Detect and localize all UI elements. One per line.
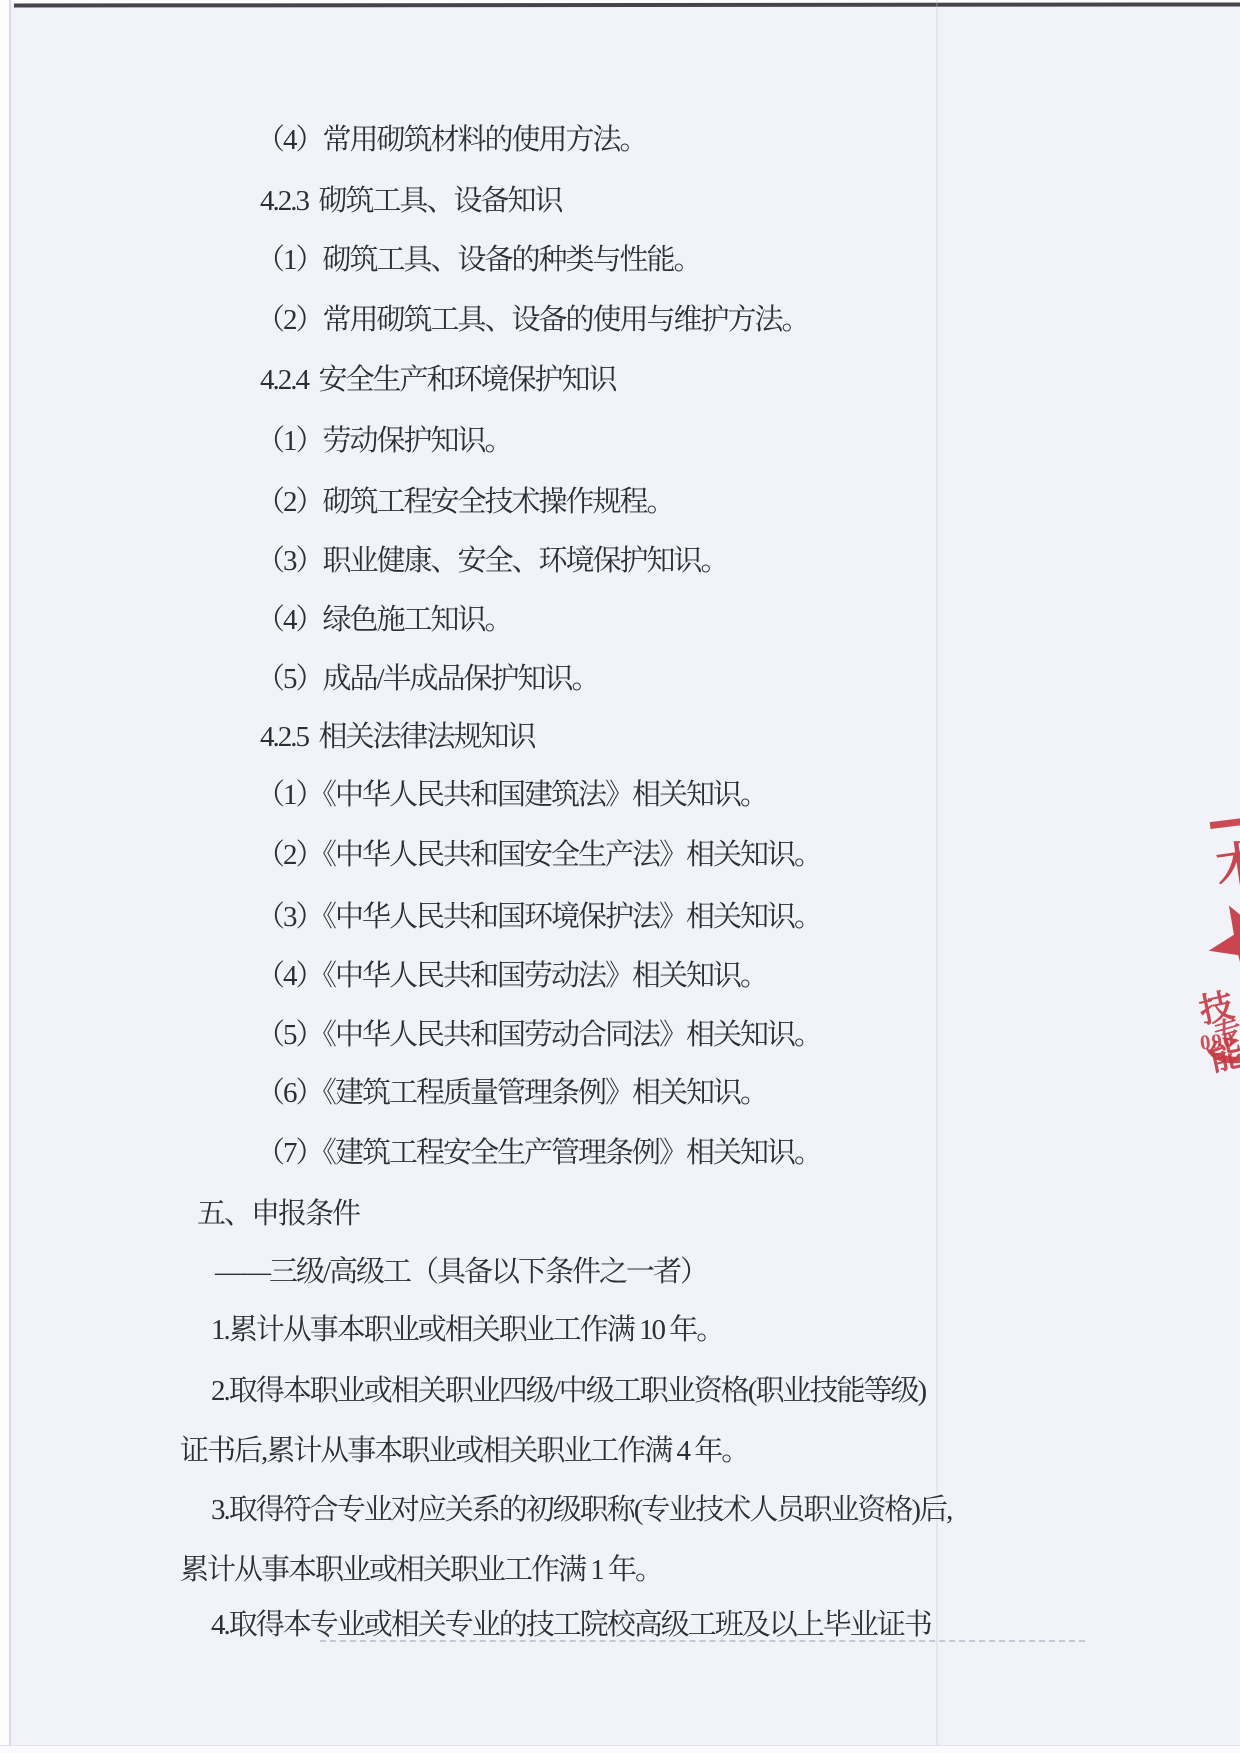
scan-edge-dark-line (14, 2, 1240, 7)
doc-line: （1）《中华人民共和国建筑法》相关知识。 (256, 780, 767, 811)
doc-line: （6）《建筑工程质量管理条例》相关知识。 (256, 1078, 767, 1109)
stamp-star-icon (1198, 890, 1240, 994)
doc-heading: 4.2.5 相关法律法规知识 (260, 722, 535, 753)
stamp-skill-label: 技能 (1194, 977, 1240, 1080)
scanned-document-page: （4）常用砌筑材料的使用方法。 4.2.3 砌筑工具、设备知识 （1）砌筑工具、… (0, 0, 1240, 1753)
stamp-arc-top (1210, 818, 1240, 829)
doc-line: 2.取得本职业或相关职业四级/中级工职业资格(职业技能等级) (211, 1376, 925, 1407)
stamp-small-char: 专 (1209, 1007, 1240, 1052)
doc-heading: 4.2.4 安全生产和环境保护知识 (260, 365, 616, 396)
doc-line: （5）《中华人民共和国劳动合同法》相关知识。 (256, 1020, 821, 1051)
stamp-arc-bottom (1204, 1032, 1240, 1067)
doc-line: 4.取得本专业或相关专业的技工院校高级工班及以上毕业证书 (211, 1610, 931, 1641)
doc-heading: 4.2.3 砌筑工具、设备知识 (260, 186, 562, 217)
paper-fold-line (936, 0, 938, 1753)
stamp-digits: 090 (1199, 1027, 1236, 1055)
scan-edge-bottom (0, 1745, 1240, 1753)
doc-line: （2）《中华人民共和国安全生产法》相关知识。 (256, 840, 821, 871)
doc-line: （4）《中华人民共和国劳动法》相关知识。 (256, 961, 767, 992)
section-title: 五、申报条件 (197, 1199, 359, 1230)
doc-line: （1）砌筑工具、设备的种类与性能。 (256, 245, 701, 276)
doc-line: （4）常用砌筑材料的使用方法。 (256, 125, 647, 156)
doc-line: （7）《建筑工程安全生产管理条例》相关知识。 (256, 1138, 821, 1169)
scan-edge-left (0, 0, 11, 1753)
doc-line: （3）《中华人民共和国环境保护法》相关知识。 (256, 902, 821, 933)
doc-line: （3）职业健康、安全、环境保护知识。 (256, 546, 728, 577)
doc-line: （1）劳动保护知识。 (256, 426, 512, 457)
doc-line: （2）砌筑工程安全技术操作规程。 (256, 487, 674, 518)
doc-line: 证书后,累计从事本职业或相关职业工作满 4 年。 (180, 1436, 748, 1467)
doc-line: （4）绿色施工知识。 (256, 605, 512, 636)
doc-line: ——三级/高级工（具备以下条件之一者） (215, 1257, 707, 1288)
stamp-top-char: 术 (1212, 825, 1240, 897)
doc-line: （2）常用砌筑工具、设备的使用与维护方法。 (256, 305, 809, 336)
doc-line: 1.累计从事本职业或相关职业工作满 10 年。 (211, 1315, 723, 1346)
doc-line: 累计从事本职业或相关职业工作满 1 年。 (180, 1555, 662, 1586)
doc-line: （5）成品/半成品保护知识。 (256, 664, 599, 695)
doc-line: 3.取得符合专业对应关系的初级职称(专业技术人员职业资格)后, (211, 1495, 951, 1526)
